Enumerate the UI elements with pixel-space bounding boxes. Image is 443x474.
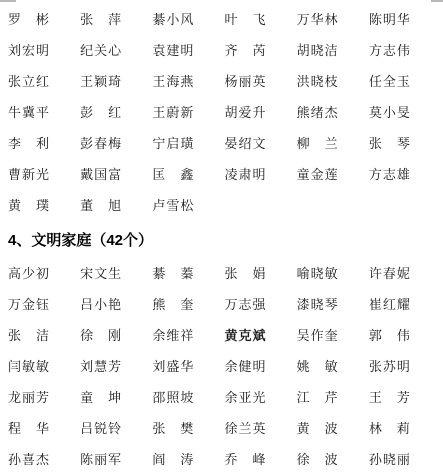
name-cell: 崔红耀 (369, 294, 441, 313)
name-cell: 江 芹 (297, 387, 369, 406)
names-section-2: 高少初宋文生綦 蓁张 娟喻晓敏许春妮万金钰吕小艳熊 奎万志强漆晓琴崔红耀张 洁徐… (0, 257, 443, 474)
name-row: 孙喜杰陈丽军阎 涛乔 峰徐 波孙晓丽 (0, 443, 443, 474)
name-cell: 孙喜杰 (8, 449, 80, 468)
name-cell: 龙丽芳 (8, 387, 80, 406)
cropped-border-artifact-left (0, 0, 16, 2)
name-cell: 罗 彬 (8, 9, 80, 28)
name-cell: 吴作奎 (297, 325, 369, 344)
name-cell: 卢雪松 (152, 195, 224, 214)
name-cell: 胡爱升 (224, 102, 296, 121)
name-cell: 胡晓洁 (297, 40, 369, 59)
name-cell: 陈丽军 (80, 449, 152, 468)
name-cell: 方志伟 (369, 40, 441, 59)
name-cell: 许春妮 (369, 263, 441, 282)
name-cell: 晏绍文 (224, 133, 296, 152)
name-cell: 柳 兰 (297, 133, 369, 152)
name-cell: 张 洁 (8, 325, 80, 344)
name-cell: 袁建明 (152, 40, 224, 59)
name-cell: 万华林 (297, 9, 369, 28)
name-cell: 王海燕 (152, 71, 224, 90)
name-cell: 张 萍 (80, 9, 152, 28)
name-cell: 熊绪杰 (297, 102, 369, 121)
name-row: 曹新光戴国富匡 鑫凌肃明童金莲方志雄 (0, 158, 443, 189)
name-cell: 董 旭 (80, 195, 152, 214)
name-row: 刘宏明纪关心袁建明齐 芮胡晓洁方志伟 (0, 34, 443, 65)
name-cell: 杨丽英 (224, 71, 296, 90)
section-heading-civilized-family: 4、文明家庭（42个） (8, 229, 443, 253)
name-row: 龙丽芳童 坤邵照坡余亚光江 芹王 芳 (0, 381, 443, 412)
name-cell: 宁启璜 (152, 133, 224, 152)
name-cell: 乔 峰 (224, 449, 296, 468)
name-row: 万金钰吕小艳熊 奎万志强漆晓琴崔红耀 (0, 288, 443, 319)
name-row: 张 洁徐 刚余维祥黄克斌吴作奎郭 伟 (0, 319, 443, 350)
name-cell: 余健明 (224, 356, 296, 375)
name-cell: 徐 刚 (80, 325, 152, 344)
name-cell: 彭春梅 (80, 133, 152, 152)
name-cell: 王 芳 (369, 387, 441, 406)
name-cell: 莫小旻 (369, 102, 441, 121)
name-cell: 曹新光 (8, 164, 80, 183)
name-row: 高少初宋文生綦 蓁张 娟喻晓敏许春妮 (0, 257, 443, 288)
name-cell: 邵照坡 (152, 387, 224, 406)
name-cell: 李 利 (8, 133, 80, 152)
name-cell: 郭 伟 (369, 325, 441, 344)
name-cell: 吕小艳 (80, 294, 152, 313)
name-cell: 纪关心 (80, 40, 152, 59)
name-row: 李 利彭春梅宁启璜晏绍文柳 兰张 琴 (0, 127, 443, 158)
name-cell: 徐 波 (297, 449, 369, 468)
name-cell: 戴国富 (80, 164, 152, 183)
document-page: 罗 彬张 萍綦小风叶 飞万华林陈明华刘宏明纪关心袁建明齐 芮胡晓洁方志伟张立红王… (0, 0, 443, 474)
name-cell: 孙晓丽 (369, 449, 441, 468)
name-cell: 吕锐铃 (80, 418, 152, 437)
name-cell: 姚 敏 (297, 356, 369, 375)
name-cell: 黄 波 (297, 418, 369, 437)
name-row: 罗 彬张 萍綦小风叶 飞万华林陈明华 (0, 3, 443, 34)
name-cell: 余亚光 (224, 387, 296, 406)
name-cell: 匡 鑫 (152, 164, 224, 183)
name-cell: 徐兰英 (224, 418, 296, 437)
name-cell: 童金莲 (297, 164, 369, 183)
name-cell: 张 娟 (224, 263, 296, 282)
name-cell: 彭 红 (80, 102, 152, 121)
name-cell: 綦小风 (152, 9, 224, 28)
name-cell: 黄克斌 (224, 325, 296, 344)
name-row: 闫敏敏刘慧芳刘盛华余健明姚 敏张苏明 (0, 350, 443, 381)
name-cell: 齐 芮 (224, 40, 296, 59)
name-row: 黄 璞董 旭卢雪松 (0, 189, 443, 220)
name-cell: 凌肃明 (224, 164, 296, 183)
name-cell: 洪晓枝 (297, 71, 369, 90)
name-cell: 张 樊 (152, 418, 224, 437)
name-cell: 张立红 (8, 71, 80, 90)
name-cell: 刘宏明 (8, 40, 80, 59)
name-cell: 王颖琦 (80, 71, 152, 90)
name-cell: 阎 涛 (152, 449, 224, 468)
name-cell: 林 莉 (369, 418, 441, 437)
name-cell: 叶 飞 (224, 9, 296, 28)
names-section-1: 罗 彬张 萍綦小风叶 飞万华林陈明华刘宏明纪关心袁建明齐 芮胡晓洁方志伟张立红王… (0, 3, 443, 220)
name-cell: 童 坤 (80, 387, 152, 406)
name-cell: 程 华 (8, 418, 80, 437)
name-row: 牛冀平彭 红王蔚新胡爱升熊绪杰莫小旻 (0, 96, 443, 127)
name-cell: 宋文生 (80, 263, 152, 282)
name-cell: 熊 奎 (152, 294, 224, 313)
name-cell: 黄 璞 (8, 195, 80, 214)
name-cell: 任全玉 (369, 71, 441, 90)
name-cell: 张苏明 (369, 356, 441, 375)
name-cell: 高少初 (8, 263, 80, 282)
cropped-border-artifact-right (431, 0, 443, 2)
name-cell: 綦 蓁 (152, 263, 224, 282)
name-row: 程 华吕锐铃张 樊徐兰英黄 波林 莉 (0, 412, 443, 443)
name-cell: 刘慧芳 (80, 356, 152, 375)
name-cell: 刘盛华 (152, 356, 224, 375)
name-cell: 方志雄 (369, 164, 441, 183)
name-cell: 喻晓敏 (297, 263, 369, 282)
name-cell: 万志强 (224, 294, 296, 313)
name-row: 张立红王颖琦王海燕杨丽英洪晓枝任全玉 (0, 65, 443, 96)
name-cell: 陈明华 (369, 9, 441, 28)
name-cell: 余维祥 (152, 325, 224, 344)
name-cell: 牛冀平 (8, 102, 80, 121)
name-cell: 万金钰 (8, 294, 80, 313)
name-cell: 漆晓琴 (297, 294, 369, 313)
name-cell: 张 琴 (369, 133, 441, 152)
name-cell: 王蔚新 (152, 102, 224, 121)
name-cell: 闫敏敏 (8, 356, 80, 375)
